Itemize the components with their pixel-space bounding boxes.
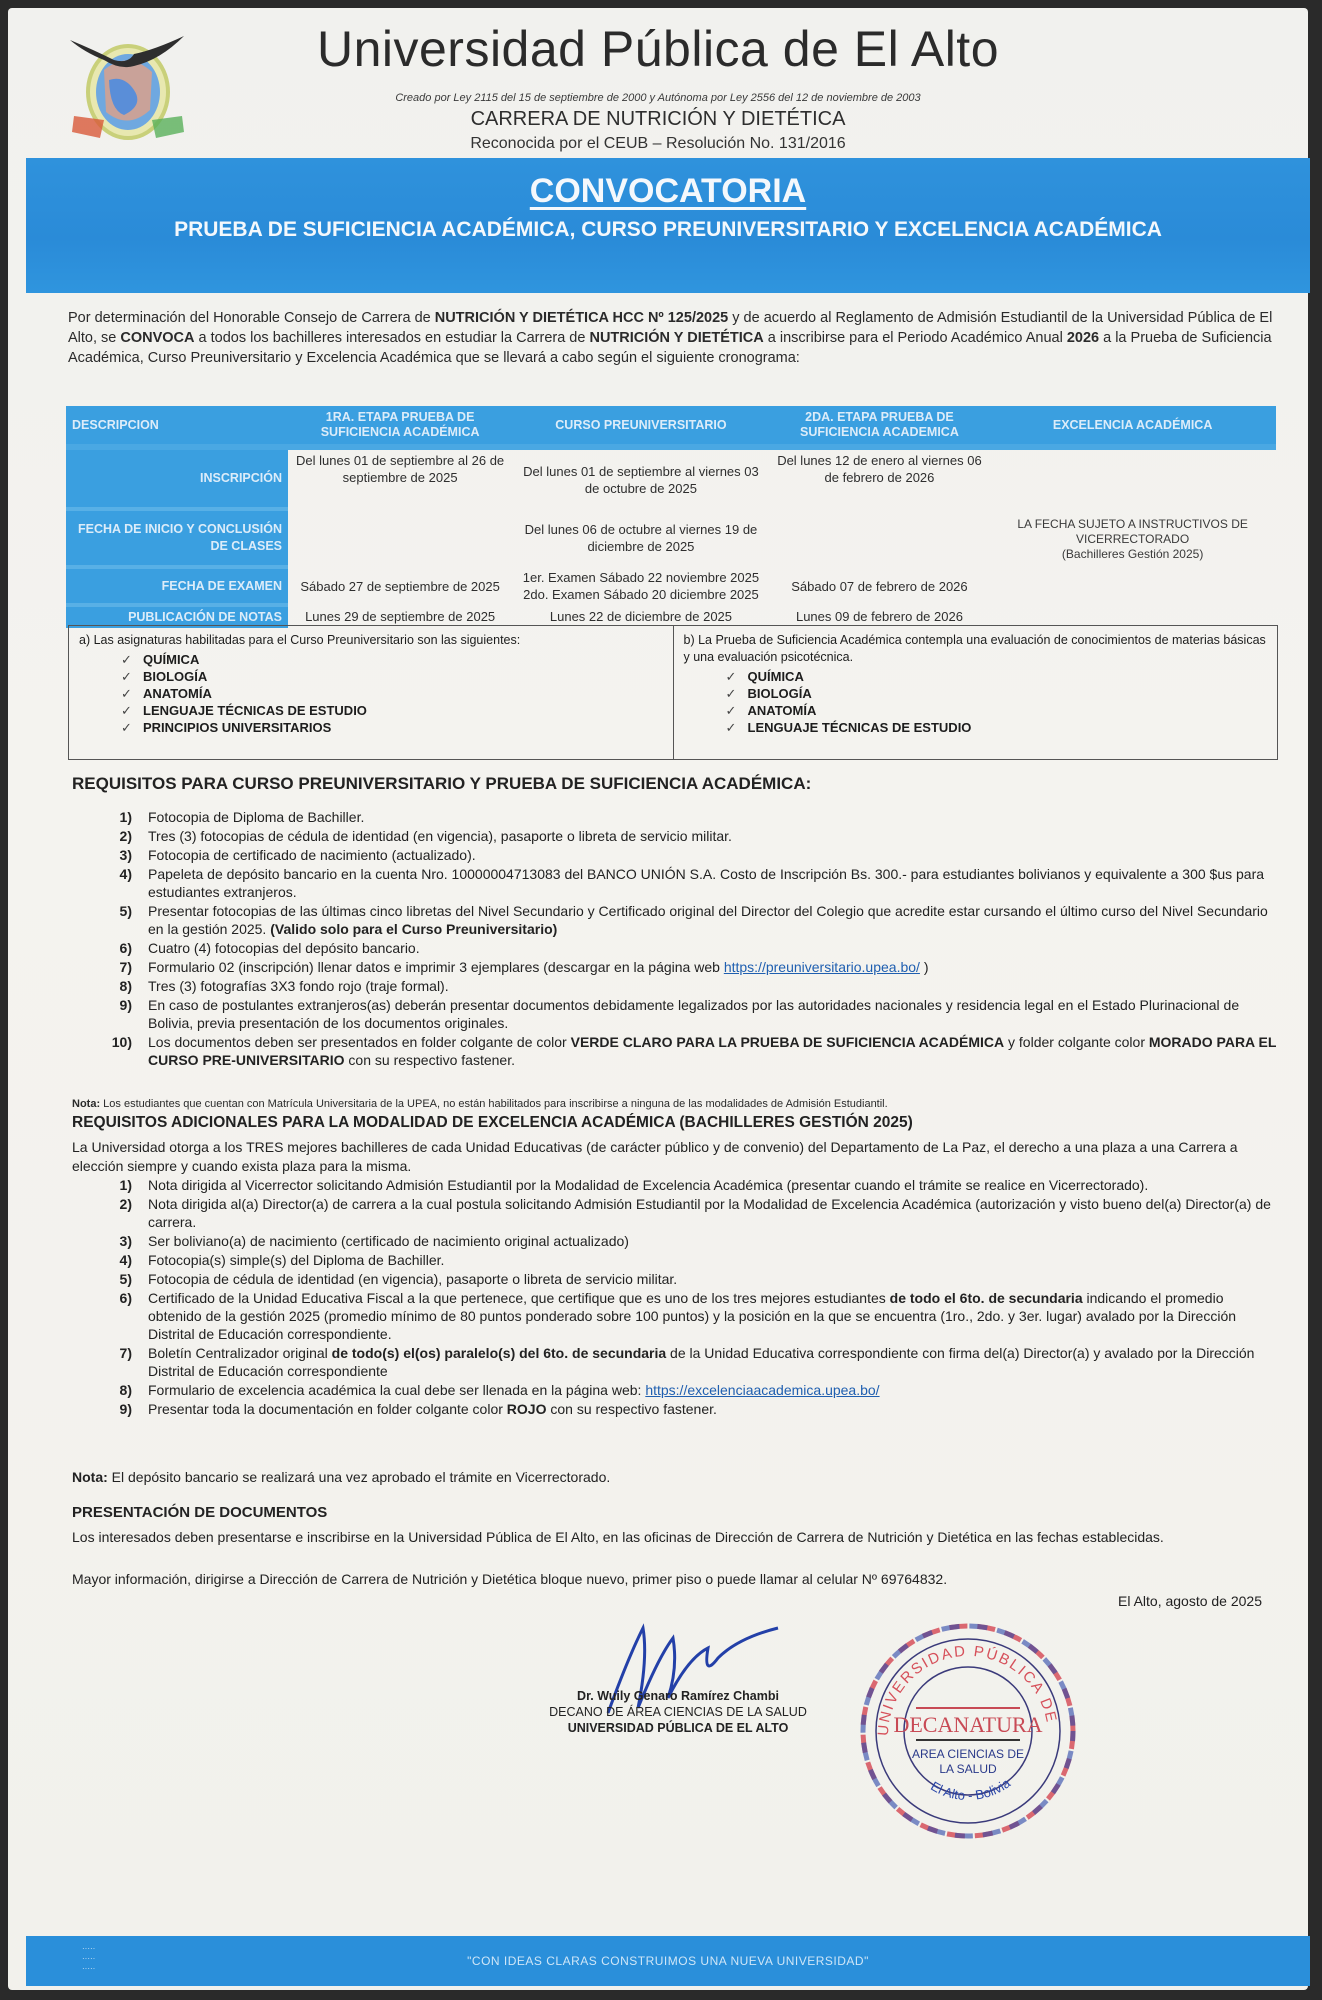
table-row: INSCRIPCIÓN Del lunes 01 de septiembre a… [66,447,1276,509]
subject-label: PRINCIPIOS UNIVERSITARIOS [143,720,331,735]
item-number: 7) [108,958,132,976]
item-number: 5) [108,902,132,920]
row-label: INSCRIPCIÓN [66,447,288,509]
cell: Sábado 27 de septiembre de 2025 [288,567,512,605]
list-item: 8)Formulario de excelencia académica la … [108,1381,1278,1399]
item-number: 5) [108,1270,132,1288]
convocatoria-title: CONVOCATORIA [26,172,1310,211]
excellence-note: Nota: El depósito bancario se realizará … [72,1468,1282,1487]
cell [288,509,512,567]
list-item: 6)Cuatro (4) fotocopias del depósito ban… [108,939,1278,957]
web-link[interactable]: https://preuniversitario.upea.bo/ [724,959,920,975]
item-number: 9) [108,1400,132,1418]
item-number: 1) [108,808,132,826]
check-icon: ✓ [726,719,748,736]
subject-item: ✓BIOLOGÍA [121,668,663,685]
subject-item: ✓LENGUAJE TÉCNICAS DE ESTUDIO [726,719,1268,736]
subject-item: ✓PRINCIPIOS UNIVERSITARIOS [121,719,663,736]
item-number: 6) [108,939,132,957]
subject-label: ANATOMÍA [748,703,817,718]
subject-item: ✓QUÍMICA [726,668,1268,685]
list-item: 7)Boletín Centralizador original de todo… [108,1344,1278,1380]
list-item: 2)Tres (3) fotocopias de cédula de ident… [108,827,1278,845]
col-header-etapa2: 2DA. ETAPA PRUEBA DE SUFICIENCIA ACADEMI… [770,406,990,447]
requirements-heading: REQUISITOS PARA CURSO PREUNIVERSITARIO Y… [72,774,811,794]
svg-text:DECANATURA: DECANATURA [893,1712,1042,1737]
row-label: FECHA DE INICIO Y CONCLUSIÓN DE CLASES [66,509,288,567]
list-item: 6)Certificado de la Unidad Educativa Fis… [108,1289,1278,1343]
item-number: 3) [108,1232,132,1250]
web-link[interactable]: https://excelenciaacademica.upea.bo/ [645,1382,879,1398]
requirements-list: 1)Fotocopia de Diploma de Bachiller.2)Tr… [108,808,1278,1070]
subject-label: QUÍMICA [748,669,804,684]
intro-paragraph: Por determinación del Honorable Consejo … [68,308,1283,368]
cell: 1er. Examen Sábado 22 noviembre 20252do.… [512,567,769,605]
list-item: 5)Presentar fotocopias de las últimas ci… [108,902,1278,938]
list-item: 5)Fotocopia de cédula de identidad (en v… [108,1270,1278,1288]
institution-name: Universidad Pública de El Alto [238,20,1078,78]
item-number: 9) [108,996,132,1014]
svg-text:El Alto - Bolivia: El Alto - Bolivia [928,1775,1013,1803]
subject-item: ✓ANATOMÍA [121,685,663,702]
place-date: El Alto, agosto de 2025 [1118,1593,1262,1609]
row-label: FECHA DE EXAMEN [66,567,288,605]
subject-list-a: ✓QUÍMICA✓BIOLOGÍA✓ANATOMÍA✓LENGUAJE TÉCN… [79,651,663,736]
item-number: 10) [108,1033,132,1051]
list-item: 4)Papeleta de depósito bancario en la cu… [108,865,1278,901]
list-item: 9)Presentar toda la documentación en fol… [108,1400,1278,1418]
subject-item: ✓LENGUAJE TÉCNICAS DE ESTUDIO [121,702,663,719]
list-item: 1)Fotocopia de Diploma de Bachiller. [108,808,1278,826]
item-number: 2) [108,1195,132,1213]
item-number: 4) [108,865,132,883]
presentation-p2: Mayor información, dirigirse a Dirección… [72,1570,1282,1589]
list-item: 9)En caso de postulantes extranjeros(as)… [108,996,1278,1032]
svg-text:LA SALUD: LA SALUD [939,1762,997,1776]
cell: Sábado 07 de febrero de 2026 [770,567,990,605]
preuniversitario-subjects: a) Las asignaturas habilitadas para el C… [69,626,673,759]
svg-text:AREA CIENCIAS DE: AREA CIENCIAS DE [912,1747,1024,1761]
signer-role: DECANO DE ÁREA CIENCIAS DE LA SALUD [508,1704,848,1720]
footer-band: ··············· "CON IDEAS CLARAS CONSTR… [26,1936,1310,1986]
subject-label: LENGUAJE TÉCNICAS DE ESTUDIO [143,703,367,718]
cell: Del lunes 01 de septiembre al 26 de sept… [288,447,512,509]
item-number: 3) [108,846,132,864]
item-number: 7) [108,1344,132,1362]
presentation-heading: PRESENTACIÓN DE DOCUMENTOS [72,1504,327,1521]
excellence-heading: REQUISITOS ADICIONALES PARA LA MODALIDAD… [72,1114,913,1132]
item-number: 1) [108,1176,132,1194]
presentation-p1: Los interesados deben presentarse e insc… [72,1528,1282,1547]
check-icon: ✓ [121,685,143,702]
excellence-intro: La Universidad otorga a los TRES mejores… [72,1138,1282,1176]
list-item: 8)Tres (3) fotografías 3X3 fondo rojo (t… [108,977,1278,995]
list-item: 3)Fotocopia de certificado de nacimiento… [108,846,1278,864]
schedule-table: DESCRIPCION 1RA. ETAPA PRUEBA DE SUFICIE… [66,406,1276,628]
check-icon: ✓ [121,702,143,719]
cell [770,509,990,567]
check-icon: ✓ [121,668,143,685]
title-banner: CONVOCATORIA PRUEBA DE SUFICIENCIA ACADÉ… [26,158,1310,293]
check-icon: ✓ [121,651,143,668]
check-icon: ✓ [726,702,748,719]
subject-item: ✓QUÍMICA [121,651,663,668]
convocatoria-subtitle: PRUEBA DE SUFICIENCIA ACADÉMICA, CURSO P… [26,218,1310,242]
list-item: 10)Los documentos deben ser presentados … [108,1033,1278,1069]
item-number: 8) [108,1381,132,1399]
check-icon: ✓ [726,685,748,702]
list-item: 2)Nota dirigida al(a) Director(a) de car… [108,1195,1278,1231]
col-header-etapa1: 1RA. ETAPA PRUEBA DE SUFICIENCIA ACADÉMI… [288,406,512,447]
subject-label: BIOLOGÍA [143,669,207,684]
excellence-list: 1)Nota dirigida al Vicerrector solicitan… [108,1176,1278,1419]
cell: Del lunes 01 de septiembre al viernes 03… [512,447,769,509]
subject-label: BIOLOGÍA [748,686,812,701]
university-crest-icon [64,20,192,148]
suficiencia-subjects: b) La Prueba de Suficiencia Académica co… [673,626,1278,759]
subjects-box: a) Las asignaturas habilitadas para el C… [68,625,1278,760]
list-item: 1)Nota dirigida al Vicerrector solicitan… [108,1176,1278,1194]
list-item: 7)Formulario 02 (inscripción) llenar dat… [108,958,1278,976]
cell: Del lunes 12 de enero al viernes 06 de f… [770,447,990,509]
footer-motto: "CON IDEAS CLARAS CONSTRUIMOS UNA NUEVA … [26,1954,1310,1968]
excelencia-cell: LA FECHA SUJETO A INSTRUCTIVOS DE VICERR… [989,447,1276,628]
subject-label: ANATOMÍA [143,686,212,701]
signer-name: Dr. Wuily Genaro Ramírez Chambi [508,1688,848,1704]
item-number: 8) [108,977,132,995]
item-number: 4) [108,1251,132,1269]
subject-list-b: ✓QUÍMICA✓BIOLOGÍA✓ANATOMÍA✓LENGUAJE TÉCN… [684,668,1268,736]
signer-org: UNIVERSIDAD PÚBLICA DE EL ALTO [508,1720,848,1736]
subject-item: ✓BIOLOGÍA [726,685,1268,702]
official-stamp-icon: UNIVERSIDAD PÚBLICA DE EL ALTO DECANATUR… [848,1606,1088,1846]
col-header-curso: CURSO PREUNIVERSITARIO [512,406,769,447]
check-icon: ✓ [726,668,748,685]
requirements-note: Nota: Los estudiantes que cuentan con Ma… [72,1098,888,1110]
check-icon: ✓ [121,719,143,736]
subject-item: ✓ANATOMÍA [726,702,1268,719]
item-number: 2) [108,827,132,845]
list-item: 3)Ser boliviano(a) de nacimiento (certif… [108,1232,1278,1250]
creation-law-line: Creado por Ley 2115 del 15 de septiembre… [238,92,1078,104]
recognition-line: Reconocida por el CEUB – Resolución No. … [238,135,1078,153]
col-header-excelencia: EXCELENCIA ACADÉMICA [989,406,1276,447]
col-header-descripcion: DESCRIPCION [66,406,288,447]
signature-block: Dr. Wuily Genaro Ramírez Chambi DECANO D… [508,1688,848,1736]
subject-label: LENGUAJE TÉCNICAS DE ESTUDIO [748,720,972,735]
career-name: CARRERA DE NUTRICIÓN Y DIETÉTICA [238,108,1078,131]
item-number: 6) [108,1289,132,1307]
cell: Del lunes 06 de octubre al viernes 19 de… [512,509,769,567]
list-item: 4)Fotocopia(s) simple(s) del Diploma de … [108,1251,1278,1269]
document-page: Universidad Pública de El Alto Creado po… [8,8,1308,1990]
subject-label: QUÍMICA [143,652,199,667]
